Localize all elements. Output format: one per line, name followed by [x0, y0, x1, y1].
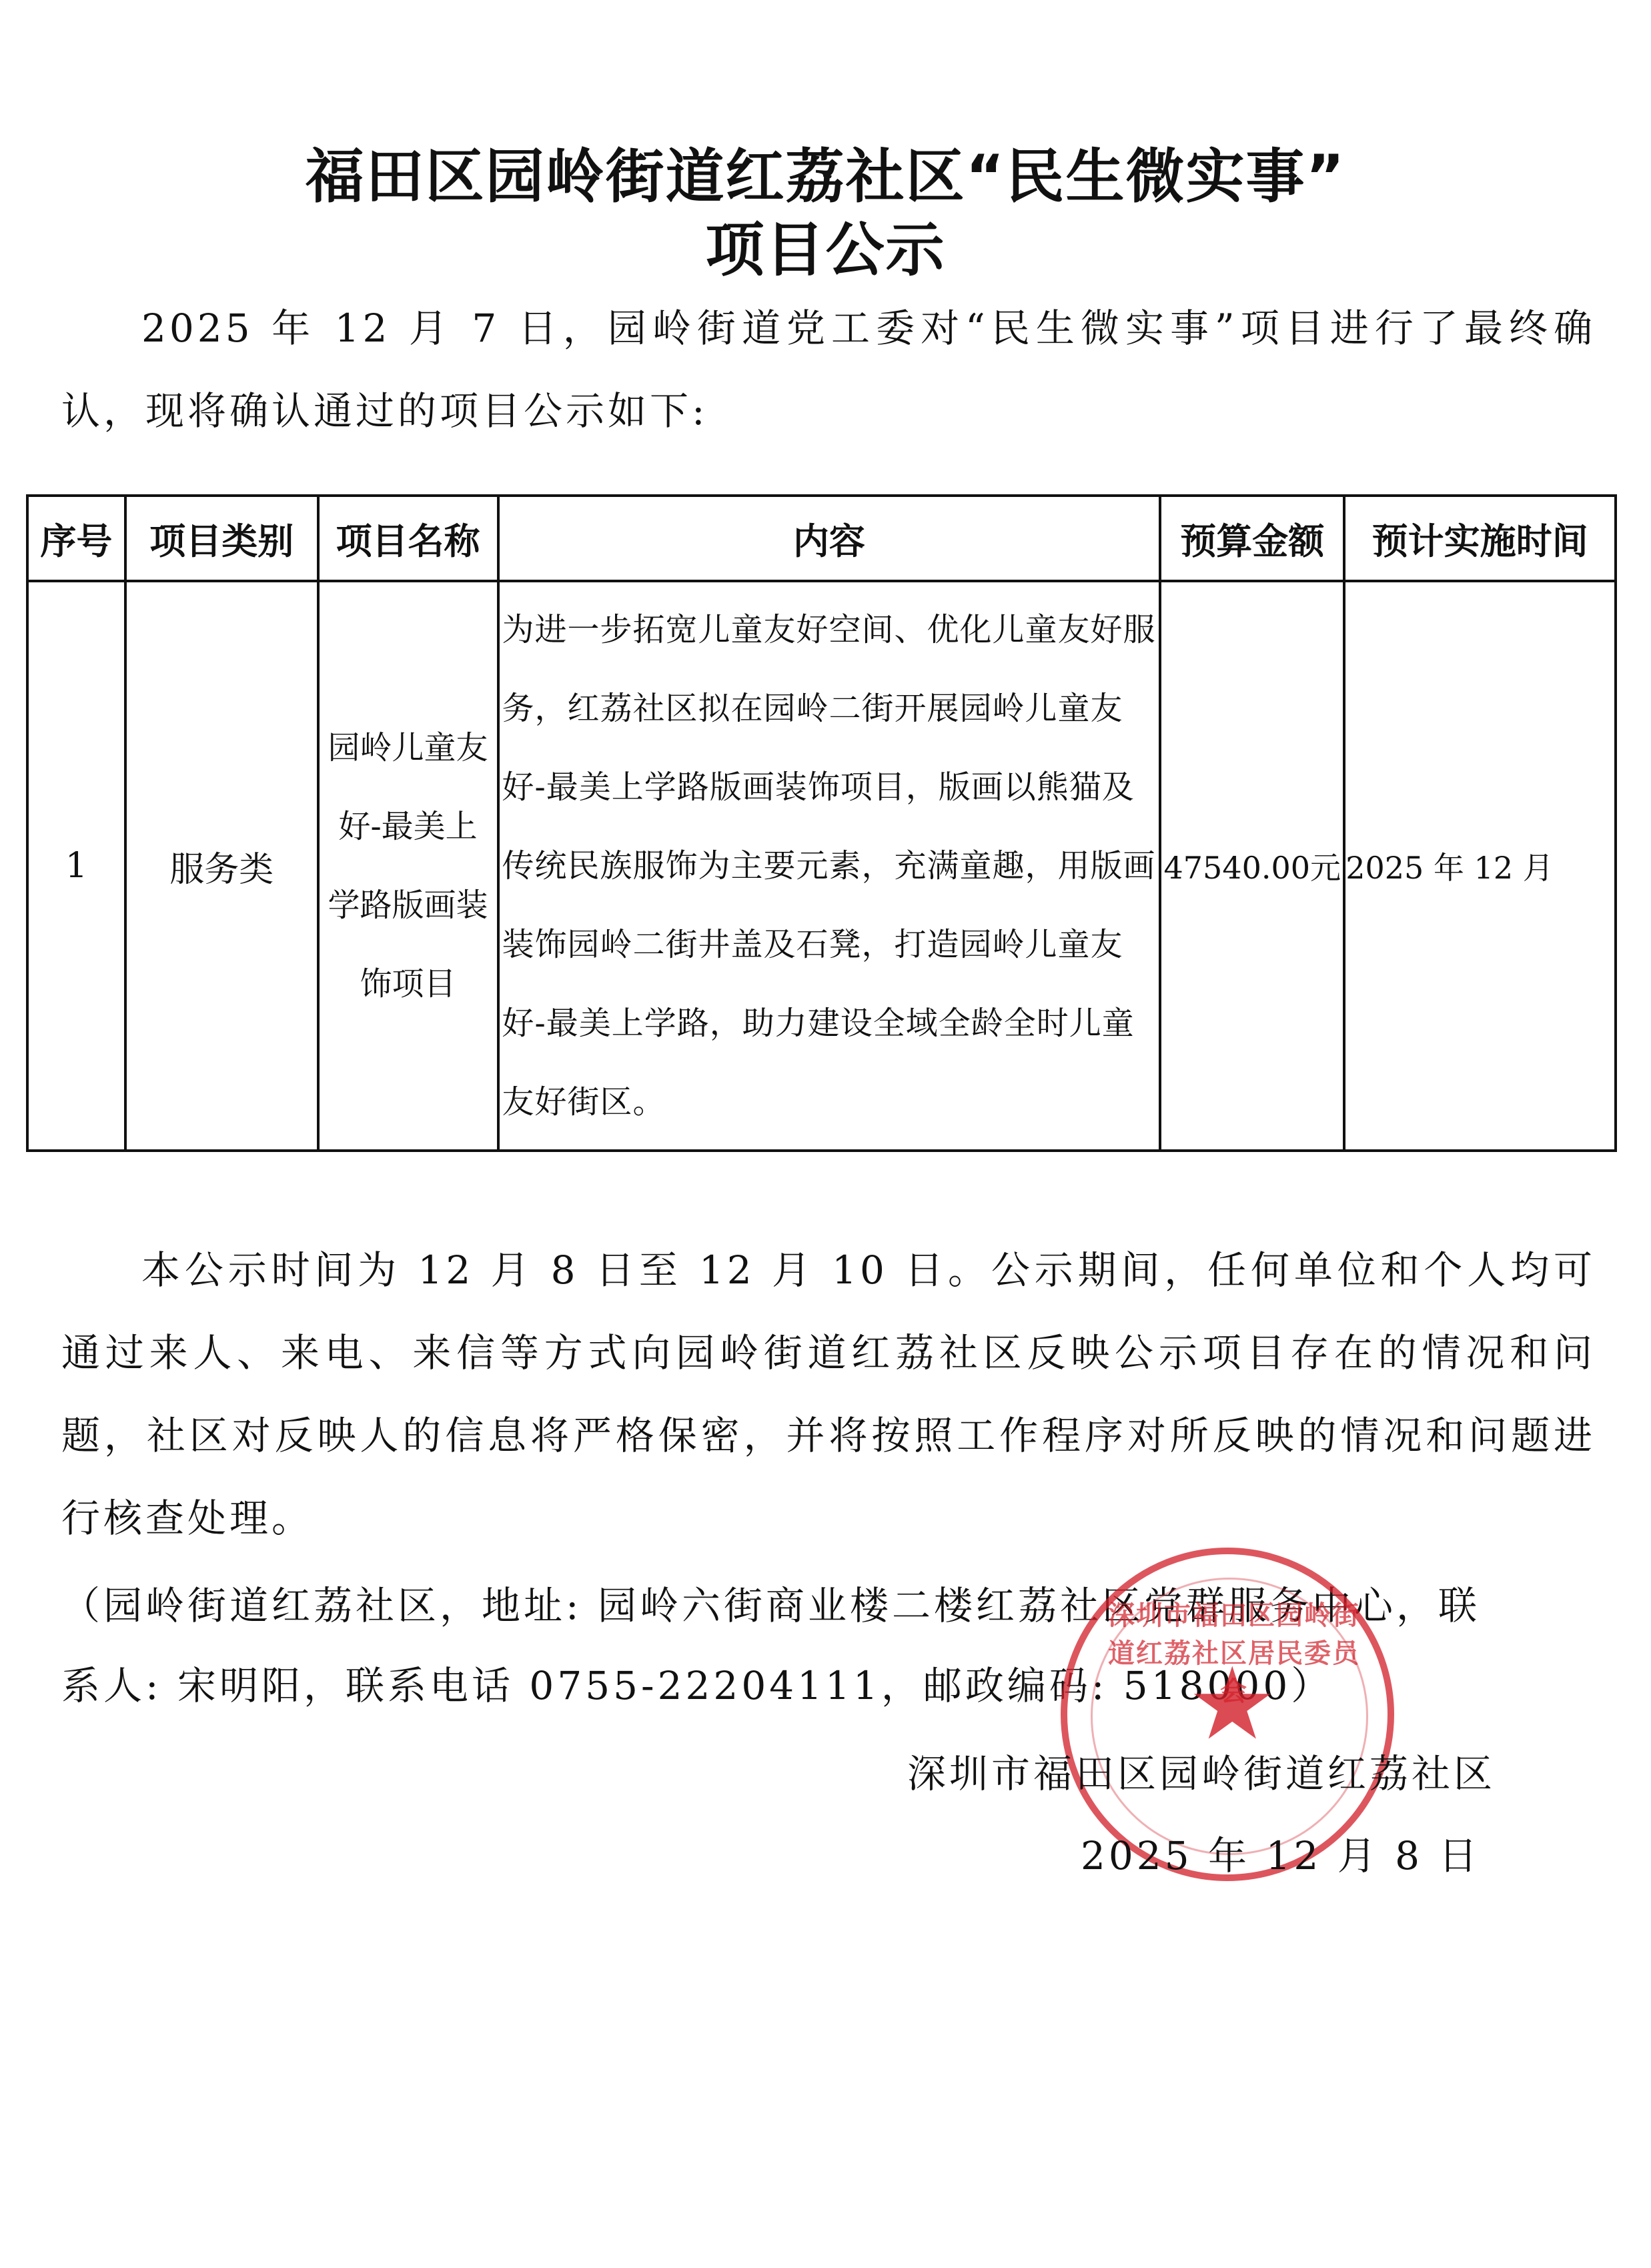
signature-date: 2025 年 12 月 8 日: [1081, 1824, 1481, 1880]
cell-name: 园岭儿童友好-最美上学路版画装饰项目: [318, 581, 498, 1151]
header-content: 内容: [498, 496, 1161, 581]
header-index: 序号: [27, 496, 125, 581]
contact-line2: 系人: 宋明阳，联系电话 0755-22204111，邮政编码: 518000）: [61, 1654, 1333, 1710]
contact-line1: （园岭街道红荔社区，地址: 园岭六街商业楼二楼红荔社区党群服务中心，联: [61, 1574, 1480, 1630]
table-row: 1 服务类 园岭儿童友好-最美上学路版画装饰项目 为进一步拓宽儿童友好空间、优化…: [27, 581, 1616, 1151]
table-header-row: 序号 项目类别 项目名称 内容 预算金额 预计实施时间: [27, 496, 1616, 581]
header-schedule: 预计实施时间: [1344, 496, 1616, 581]
header-category: 项目类别: [125, 496, 318, 581]
document-title-line1: 福田区园岭街道红荔社区“民生微实事”: [0, 130, 1651, 214]
cell-category: 服务类: [125, 581, 318, 1151]
cell-index: 1: [27, 581, 125, 1151]
intro-paragraph: 2025 年 12 月 7 日，园岭街道党工委对“民生微实事”项目进行了最终确认…: [61, 287, 1596, 452]
cell-schedule: 2025 年 12 月: [1344, 581, 1616, 1151]
notice-paragraph: 本公示时间为 12 月 8 日至 12 月 10 日。公示期间，任何单位和个人均…: [61, 1229, 1596, 1560]
cell-budget: 47540.00元: [1160, 581, 1344, 1151]
header-budget: 预算金额: [1160, 496, 1344, 581]
cell-name-text: 园岭儿童友好-最美上学路版画装饰项目: [325, 708, 492, 1023]
cell-content: 为进一步拓宽儿童友好空间、优化儿童友好服务，红荔社区拟在园岭二街开展园岭儿童友好…: [498, 581, 1161, 1151]
header-name: 项目名称: [318, 496, 498, 581]
project-table: 序号 项目类别 项目名称 内容 预算金额 预计实施时间 1 服务类 园岭儿童友好…: [26, 494, 1617, 1152]
document-title-line2: 项目公示: [0, 203, 1651, 288]
signature-org: 深圳市福田区园岭街道红荔社区: [907, 1742, 1496, 1798]
